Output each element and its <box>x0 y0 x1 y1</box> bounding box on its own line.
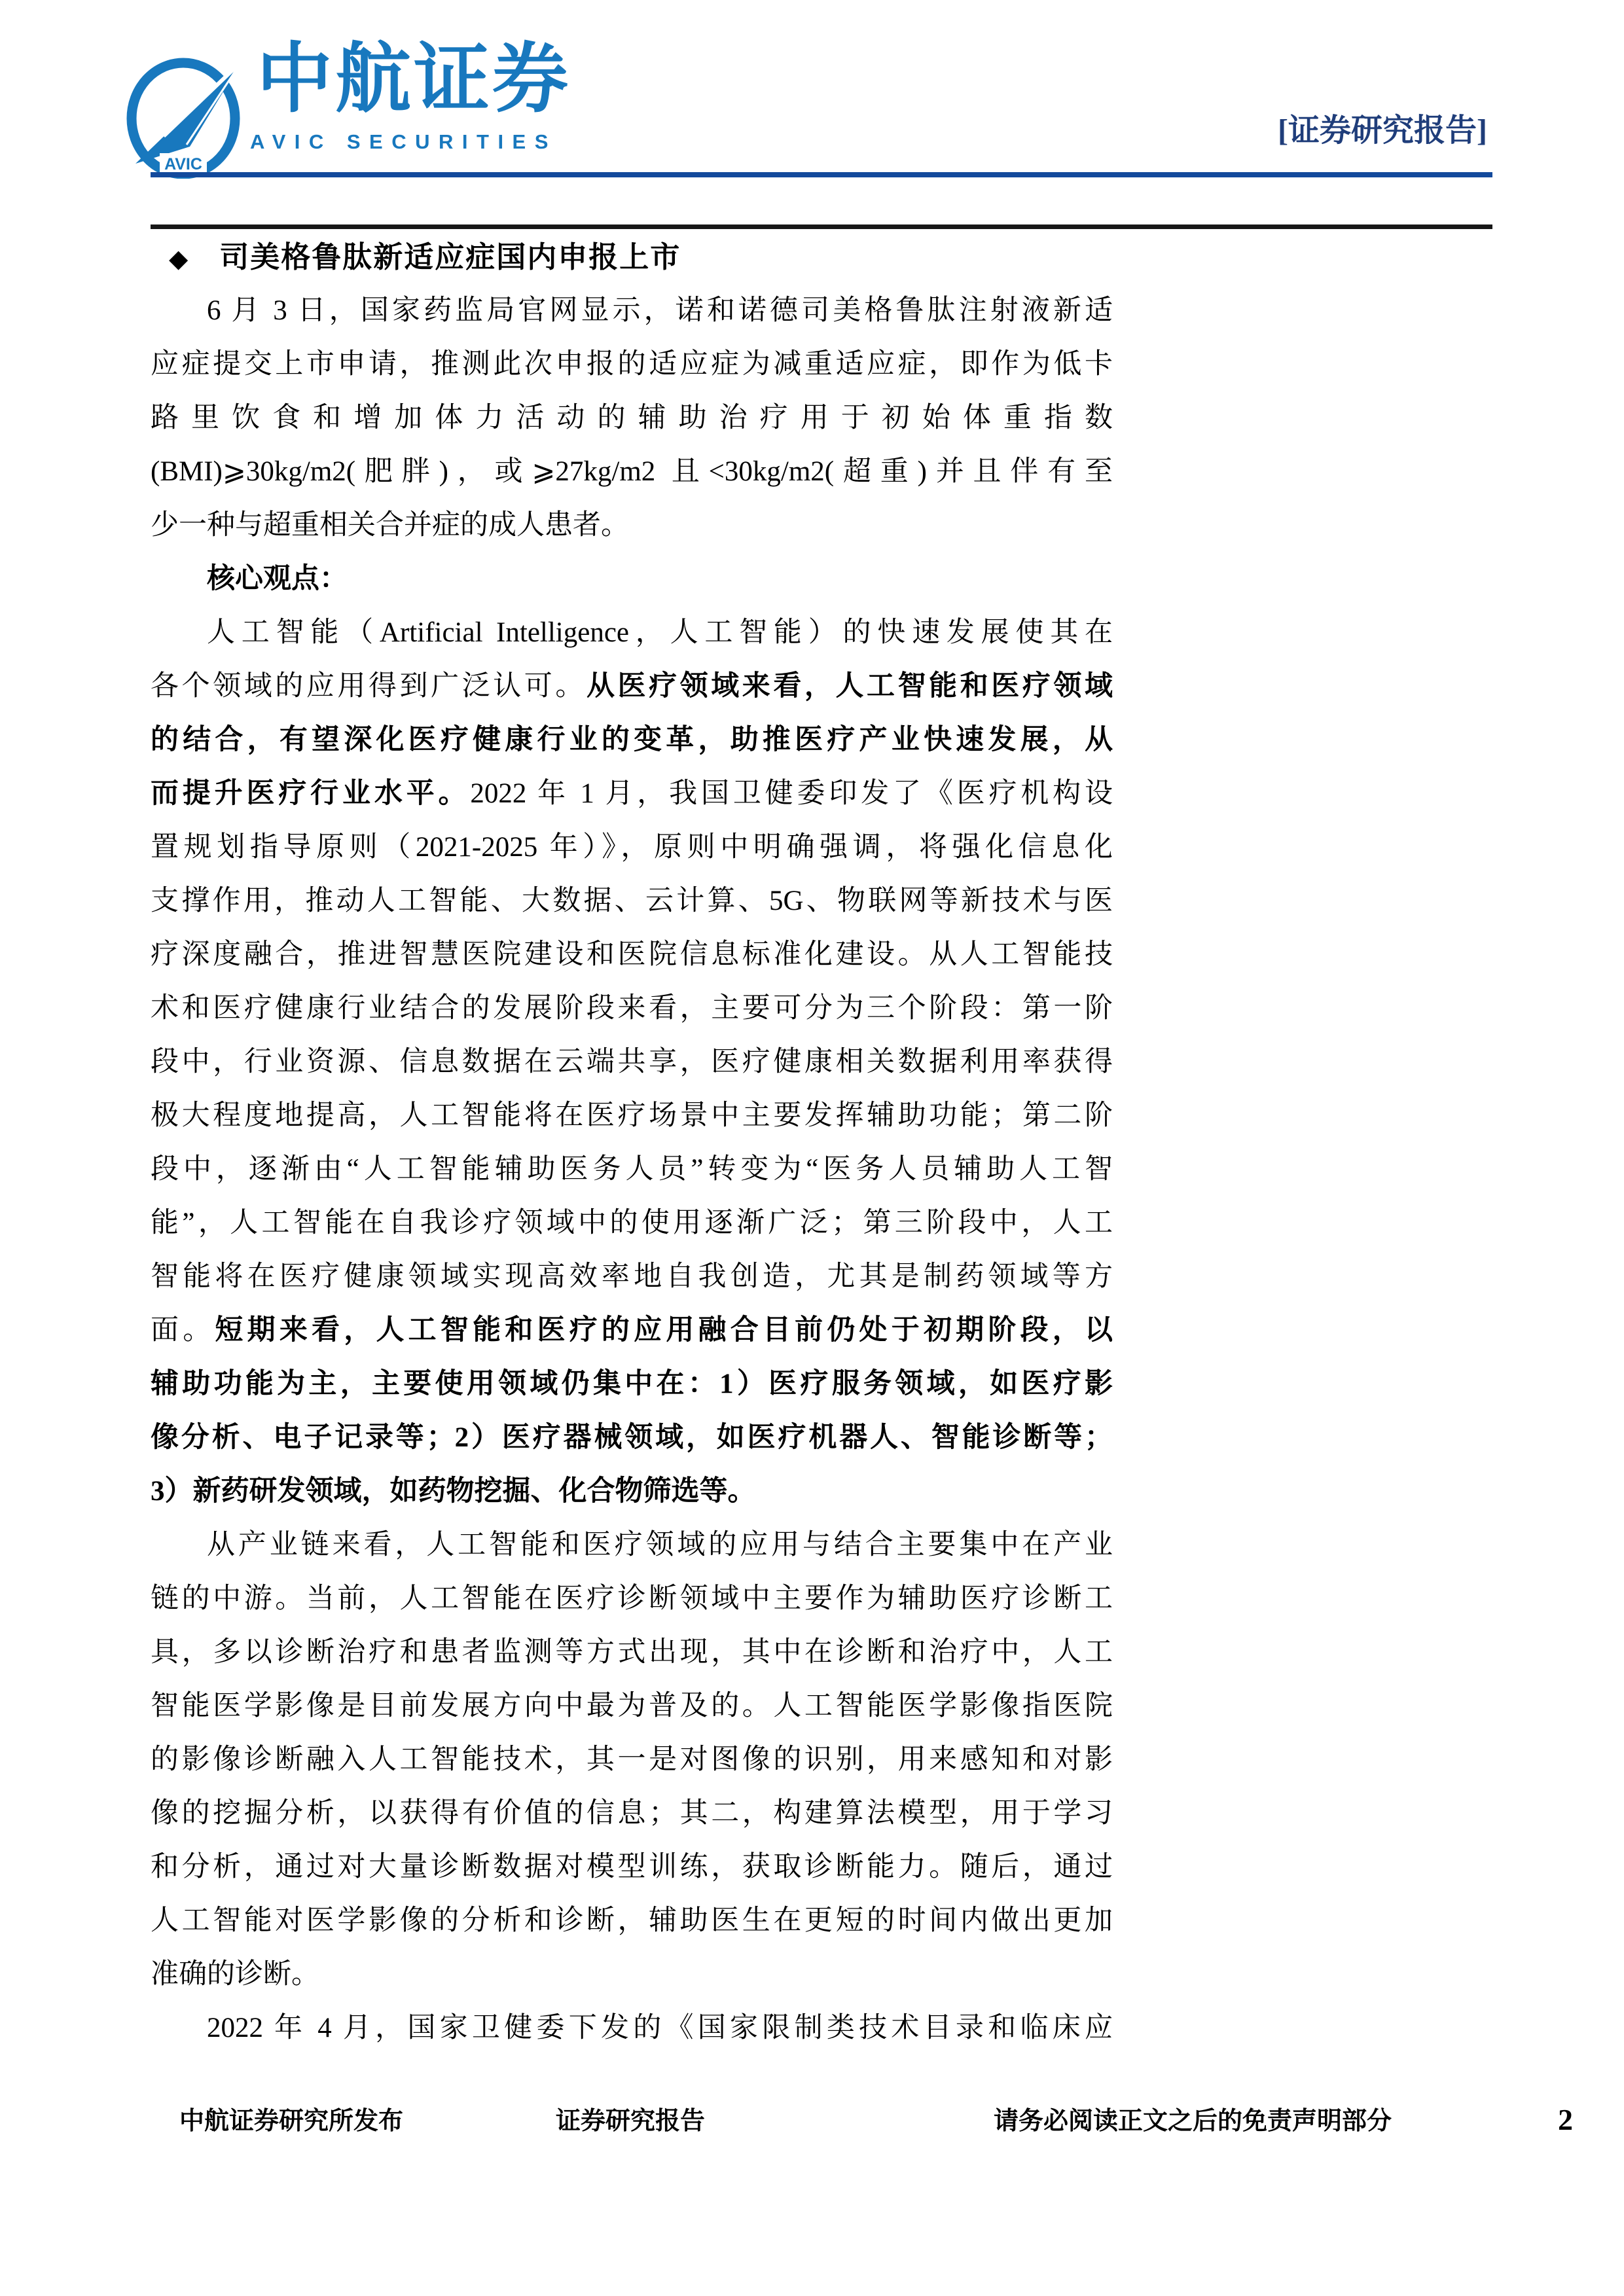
body-line: 各个领域的应用得到广泛认可。从医疗领域来看，人工智能和医疗领域 <box>151 660 1113 713</box>
body-line: 智能将在医疗健康领域实现高效率地自我创造，尤其是制药领域等方 <box>151 1250 1113 1304</box>
body-text: 2022 年 1 月，我国卫健委印发了《医疗机构设 <box>470 778 1113 809</box>
body-line: 的影像诊断融入人工智能技术，其一是对图像的识别，用来感知和对影 <box>151 1733 1113 1787</box>
body-text-bold: 从医疗领域来看，人工智能和医疗领域 <box>586 671 1113 702</box>
body-line: 人工智能（Artificial Intelligence，人工智能）的快速发展使… <box>151 606 1113 660</box>
body-line: 辅助功能为主，主要使用领域仍集中在：1）医疗服务领域，如医疗影 <box>151 1357 1113 1411</box>
body-text: 链的中游。当前，人工智能在医疗诊断领域中主要作为辅助医疗诊断工 <box>151 1583 1113 1614</box>
body-line: 的结合，有望深化医疗健康行业的变革，助推医疗产业快速发展，从 <box>151 713 1113 767</box>
report-type-tag: [证券研究报告] <box>1278 115 1487 147</box>
body-line: 像分析、电子记录等；2）医疗器械领域，如医疗机器人、智能诊断等； <box>151 1411 1113 1465</box>
body-line: 面。短期来看，人工智能和医疗的应用融合目前仍处于初期阶段，以 <box>151 1304 1113 1357</box>
brand-name-cn: 中航证券 <box>257 41 571 117</box>
body-line: 和分析，通过对大量诊断数据对模型训练，获取诊断能力。随后，通过 <box>151 1840 1113 1894</box>
paper-plane-logo-icon: AVIC <box>126 58 250 179</box>
body-text: 人工智能对医学影像的分析和诊断，辅助医生在更短的时间内做出更加 <box>151 1905 1113 1936</box>
page-number: 2 <box>1558 2100 1573 2140</box>
header-divider-blue <box>151 172 1492 177</box>
body-line: 6 月 3 日，国家药监局官网显示，诺和诺德司美格鲁肽注射液新适 <box>151 284 1113 338</box>
body-text-bold: 辅助功能为主，主要使用领域仍集中在：1）医疗服务领域，如医疗影 <box>151 1369 1113 1399</box>
body-line: 支撑作用，推动人工智能、大数据、云计算、5G、物联网等新技术与医 <box>151 874 1113 928</box>
body-line: 智能医学影像是目前发展方向中最为普及的。人工智能医学影像指医院 <box>151 1679 1113 1733</box>
body-text: 路里饮食和增加体力活动的辅助治疗用于初始体重指数 <box>151 403 1113 433</box>
body-text-bold: 短期来看，人工智能和医疗的应用融合目前仍处于初期阶段，以 <box>215 1315 1113 1346</box>
body-line: 少一种与超重相关合并症的成人患者。 <box>151 499 1113 552</box>
avic-logo-icon: AVIC <box>126 58 250 179</box>
body-text-bold: 核心观点： <box>207 564 348 594</box>
body-text-bold: 而提升医疗行业水平。 <box>151 778 470 809</box>
body-text: 术和医疗健康行业结合的发展阶段来看，主要可分为三个阶段：第一阶 <box>151 993 1113 1024</box>
body-text: 从产业链来看，人工智能和医疗领域的应用与结合主要集中在产业 <box>207 1530 1113 1560</box>
body-text: 各个领域的应用得到广泛认可。 <box>151 671 586 702</box>
body-text-bold: 的结合，有望深化医疗健康行业的变革，助推医疗产业快速发展，从 <box>151 725 1113 755</box>
footer-disclaimer: 请务必阅读正文之后的免责声明部分 <box>994 2102 1392 2140</box>
body-text: 极大程度地提高，人工智能将在医疗场景中主要发挥辅助功能；第二阶 <box>151 1100 1113 1131</box>
body-line: 2022 年 4 月，国家卫健委下发的《国家限制类技术目录和临床应 <box>151 2001 1113 2055</box>
body-text: 少一种与超重相关合并症的成人患者。 <box>151 510 629 541</box>
body-line: 具，多以诊断治疗和患者监测等方式出现，其中在诊断和治疗中，人工 <box>151 1626 1113 1679</box>
body-line: 链的中游。当前，人工智能在医疗诊断领域中主要作为辅助医疗诊断工 <box>151 1572 1113 1626</box>
body-line: 极大程度地提高，人工智能将在医疗场景中主要发挥辅助功能；第二阶 <box>151 1089 1113 1143</box>
brand-name-en: AVIC SECURITIES <box>250 132 557 152</box>
body-text: 像的挖掘分析，以获得有价值的信息；其二，构建算法模型，用于学习 <box>151 1798 1113 1829</box>
report-page: AVIC 中航证券 AVIC SECURITIES [证券研究报告] ◆司美格鲁… <box>0 0 1624 2296</box>
section-heading: ◆司美格鲁肽新适应症国内申报上市 <box>151 230 1113 284</box>
body-text: 具，多以诊断治疗和患者监测等方式出现，其中在诊断和治疗中，人工 <box>151 1637 1113 1668</box>
body-line: 而提升医疗行业水平。2022 年 1 月，我国卫健委印发了《医疗机构设 <box>151 767 1113 821</box>
body-text: 应症提交上市申请，推测此次申报的适应症为减重适应症，即作为低卡 <box>151 349 1113 380</box>
body-line: 段中，逐渐由“人工智能辅助医务人员”转变为“医务人员辅助人工智 <box>151 1143 1113 1196</box>
body-line: 人工智能对医学影像的分析和诊断，辅助医生在更短的时间内做出更加 <box>151 1894 1113 1948</box>
body-line: 路里饮食和增加体力活动的辅助治疗用于初始体重指数 <box>151 391 1113 445</box>
diamond-bullet-icon: ◆ <box>169 244 188 273</box>
body-line: 核心观点： <box>151 552 1113 606</box>
body-text: 和分析，通过对大量诊断数据对模型训练，获取诊断能力。随后，通过 <box>151 1852 1113 1882</box>
document-body: ◆司美格鲁肽新适应症国内申报上市 6 月 3 日，国家药监局官网显示，诺和诺德司… <box>151 230 1113 2055</box>
footer-report-type: 证券研究报告 <box>556 2102 705 2140</box>
body-text-bold: 3）新药研发领域，如药物挖掘、化合物筛选等。 <box>151 1476 756 1507</box>
body-text: 支撑作用，推动人工智能、大数据、云计算、5G、物联网等新技术与医 <box>151 886 1113 916</box>
body-text: 的影像诊断融入人工智能技术，其一是对图像的识别，用来感知和对影 <box>151 1744 1113 1775</box>
body-line: 疗深度融合，推进智慧医院建设和医院信息标准化建设。从人工智能技 <box>151 928 1113 982</box>
body-line: 像的挖掘分析，以获得有价值的信息；其二，构建算法模型，用于学习 <box>151 1787 1113 1840</box>
body-text: 能”，人工智能在自我诊疗领域中的使用逐渐广泛；第三阶段中，人工 <box>151 1208 1113 1238</box>
body-text: 6 月 3 日，国家药监局官网显示，诺和诺德司美格鲁肽注射液新适 <box>207 295 1113 326</box>
body-text: 2022 年 4 月，国家卫健委下发的《国家限制类技术目录和临床应 <box>207 2013 1113 2043</box>
section-title: 司美格鲁肽新适应症国内申报上市 <box>219 241 681 274</box>
body-lines: 6 月 3 日，国家药监局官网显示，诺和诺德司美格鲁肽注射液新适应症提交上市申请… <box>151 284 1113 2055</box>
body-line: 术和医疗健康行业结合的发展阶段来看，主要可分为三个阶段：第一阶 <box>151 982 1113 1035</box>
body-text: 面。 <box>151 1315 215 1346</box>
header-divider-black <box>151 224 1492 229</box>
body-text: 人工智能（Artificial Intelligence，人工智能）的快速发展使… <box>207 617 1113 648</box>
body-text: 段中，行业资源、信息数据在云端共享，医疗健康相关数据利用率获得 <box>151 1047 1113 1077</box>
body-line: 段中，行业资源、信息数据在云端共享，医疗健康相关数据利用率获得 <box>151 1035 1113 1089</box>
body-text: (BMI)⩾30kg/m2(肥胖)，或⩾27kg/m2 且<30kg/m2(超重… <box>151 456 1113 487</box>
body-text: 段中，逐渐由“人工智能辅助医务人员”转变为“医务人员辅助人工智 <box>151 1154 1113 1185</box>
body-text: 疗深度融合，推进智慧医院建设和医院信息标准化建设。从人工智能技 <box>151 939 1113 970</box>
body-line: 应症提交上市申请，推测此次申报的适应症为减重适应症，即作为低卡 <box>151 338 1113 391</box>
body-text: 智能将在医疗健康领域实现高效率地自我创造，尤其是制药领域等方 <box>151 1261 1113 1292</box>
body-line: 能”，人工智能在自我诊疗领域中的使用逐渐广泛；第三阶段中，人工 <box>151 1196 1113 1250</box>
body-line: (BMI)⩾30kg/m2(肥胖)，或⩾27kg/m2 且<30kg/m2(超重… <box>151 445 1113 499</box>
body-line: 准确的诊断。 <box>151 1948 1113 2001</box>
body-text: 智能医学影像是目前发展方向中最为普及的。人工智能医学影像指医院 <box>151 1691 1113 1721</box>
body-line: 从产业链来看，人工智能和医疗领域的应用与结合主要集中在产业 <box>151 1518 1113 1572</box>
body-line: 置规划指导原则（2021-2025 年）》，原则中明确强调，将强化信息化 <box>151 821 1113 874</box>
body-line: 3）新药研发领域，如药物挖掘、化合物筛选等。 <box>151 1465 1113 1518</box>
body-text: 准确的诊断。 <box>151 1959 319 1990</box>
logo-badge-text: AVIC <box>164 155 202 173</box>
footer-publisher: 中航证券研究所发布 <box>179 2102 403 2140</box>
body-text-bold: 像分析、电子记录等；2）医疗器械领域，如医疗机器人、智能诊断等； <box>151 1422 1113 1453</box>
body-text: 置规划指导原则（2021-2025 年）》，原则中明确强调，将强化信息化 <box>151 832 1113 863</box>
